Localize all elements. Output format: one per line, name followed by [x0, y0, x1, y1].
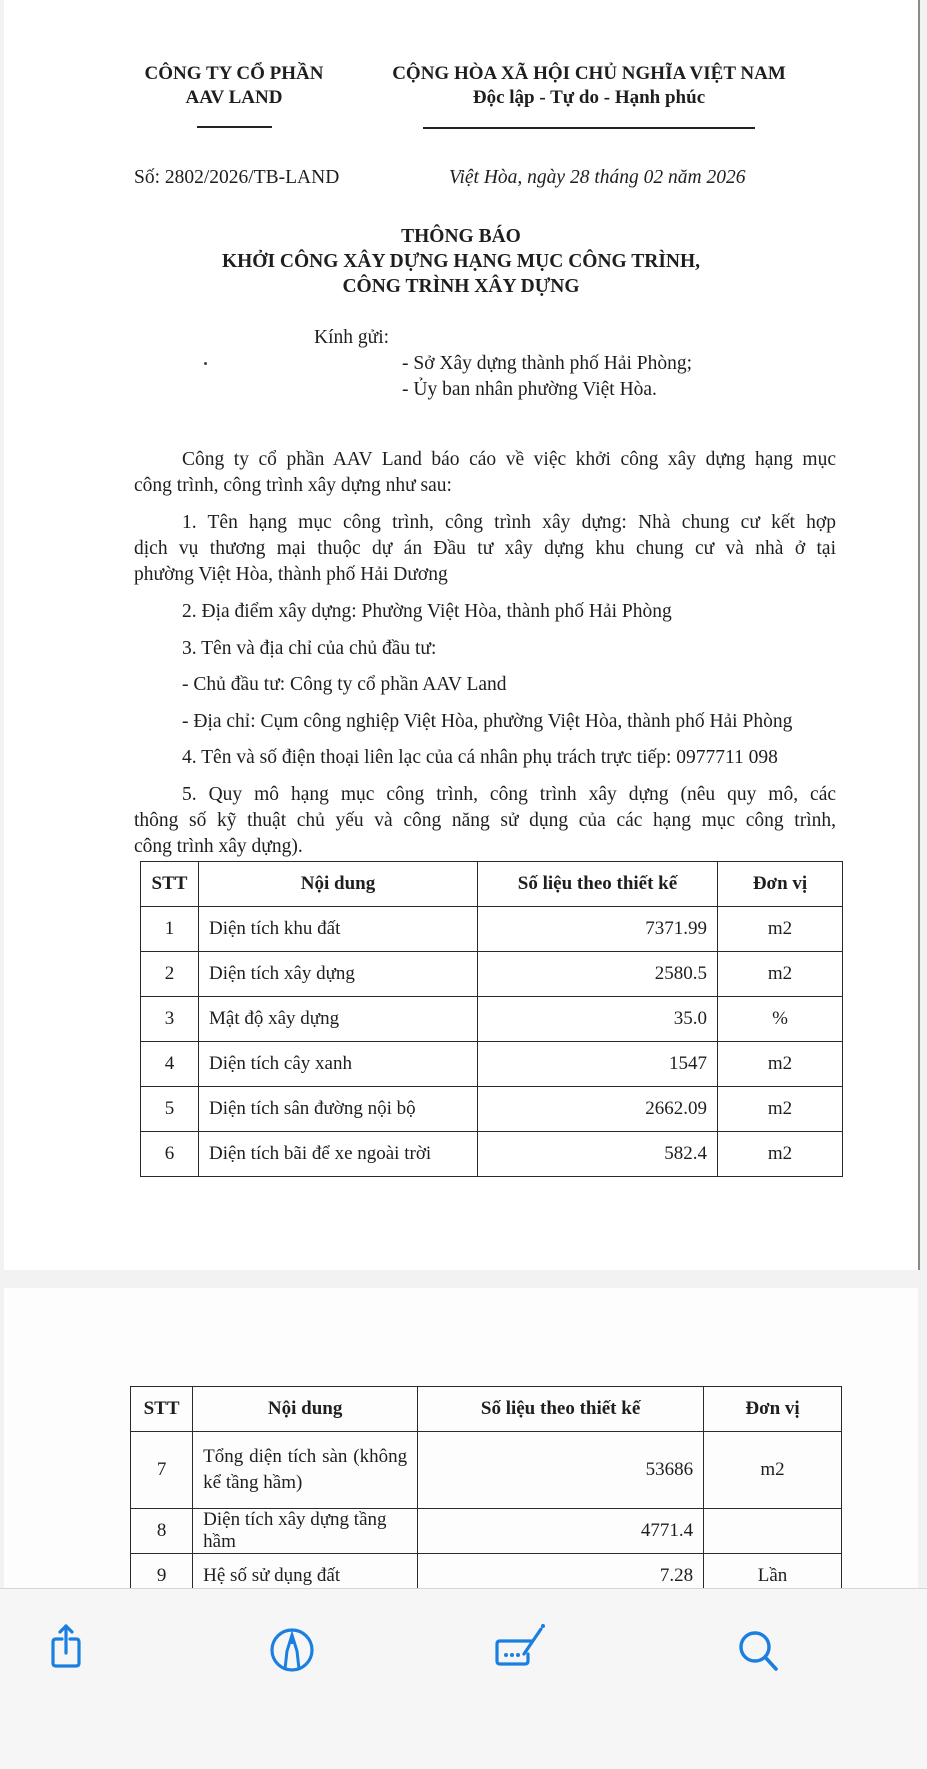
table-row: 8Diện tích xây dựng tầng hầm4771.4 — [131, 1509, 842, 1554]
row-unit — [704, 1509, 842, 1554]
search-button[interactable] — [730, 1617, 786, 1673]
row-value: 2662.09 — [478, 1087, 718, 1132]
stray-dot — [204, 362, 207, 365]
table-row: 1Diện tích khu đất7371.99m2 — [141, 907, 843, 952]
header-value: Số liệu theo thiết kế — [418, 1387, 704, 1432]
row-stt: 7 — [131, 1432, 193, 1509]
row-stt: 1 — [141, 907, 199, 952]
row-stt: 2 — [141, 952, 199, 997]
row-unit: m2 — [704, 1432, 842, 1509]
share-button[interactable] — [42, 1617, 98, 1673]
spec-table-page1: STT Nội dung Số liệu theo thiết kế Đơn v… — [140, 861, 843, 1177]
document-subtitle-line2: CÔNG TRÌNH XÂY DỰNG — [4, 276, 918, 298]
header-stt: STT — [131, 1387, 193, 1432]
table-row: 3Mật độ xây dựng35.0% — [141, 997, 843, 1042]
row-unit: m2 — [718, 1087, 843, 1132]
item1-line3: phường Việt Hòa, thành phố Hải Dương — [134, 562, 448, 588]
row-content: Diện tích xây dựng tầng hầm — [193, 1509, 418, 1554]
viewer-toolbar — [0, 1588, 927, 1769]
document-page-2: STT Nội dung Số liệu theo thiết kế Đơn v… — [4, 1288, 918, 1588]
row-stt: 8 — [131, 1509, 193, 1554]
row-unit: m2 — [718, 907, 843, 952]
row-value: 35.0 — [478, 997, 718, 1042]
row-unit: m2 — [718, 1042, 843, 1087]
row-stt: 6 — [141, 1132, 199, 1177]
place-date: Việt Hòa, ngày 28 tháng 02 năm 2026 — [449, 165, 745, 191]
header-value: Số liệu theo thiết kế — [478, 862, 718, 907]
document-subtitle-line1: KHỞI CÔNG XÂY DỰNG HẠNG MỤC CÔNG TRÌNH, — [4, 251, 918, 273]
row-stt: 3 — [141, 997, 199, 1042]
item4: 4. Tên và số điện thoại liên lạc của cá … — [182, 745, 778, 771]
row-unit: m2 — [718, 952, 843, 997]
row-content: Diện tích khu đất — [199, 907, 478, 952]
table-row: 5Diện tích sân đường nội bộ2662.09m2 — [141, 1087, 843, 1132]
document-title: THÔNG BÁO — [4, 226, 918, 248]
search-icon — [730, 1617, 786, 1673]
company-name-line2: AAV LAND — [134, 87, 334, 109]
row-value: 2580.5 — [478, 952, 718, 997]
row-stt: 5 — [141, 1087, 199, 1132]
item3-address: - Địa chỉ: Cụm công nghiệp Việt Hòa, phư… — [182, 709, 792, 735]
item5-line3: công trình xây dựng). — [134, 834, 303, 860]
header-unit: Đơn vị — [704, 1387, 842, 1432]
row-unit: m2 — [718, 1132, 843, 1177]
row-value: 4771.4 — [418, 1509, 704, 1554]
table-header-row: STT Nội dung Số liệu theo thiết kế Đơn v… — [131, 1387, 842, 1432]
row-content: Diện tích cây xanh — [199, 1042, 478, 1087]
item3-owner: - Chủ đầu tư: Công ty cổ phần AAV Land — [182, 672, 507, 698]
row-content: Mật độ xây dựng — [199, 997, 478, 1042]
signature-button[interactable] — [492, 1617, 556, 1673]
header-content: Nội dung — [199, 862, 478, 907]
company-name-line1: CÔNG TY CỔ PHẦN — [134, 63, 334, 85]
header-unit: Đơn vị — [718, 862, 843, 907]
row-value: 53686 — [418, 1432, 704, 1509]
recipient-item: - Ủy ban nhân phường Việt Hòa. — [402, 377, 657, 403]
national-title: CỘNG HÒA XÃ HỘI CHỦ NGHĨA VIỆT NAM — [364, 63, 814, 85]
document-page-1: CÔNG TY CỔ PHẦN AAV LAND CỘNG HÒA XÃ HỘI… — [4, 0, 920, 1270]
table-header-row: STT Nội dung Số liệu theo thiết kế Đơn v… — [141, 862, 843, 907]
intro-line1: Công ty cổ phần AAV Land báo cáo về việc… — [134, 447, 836, 473]
header-content: Nội dung — [193, 1387, 418, 1432]
row-unit: % — [718, 997, 843, 1042]
item5-line1: 5. Quy mô hạng mục công trình, công trìn… — [134, 782, 836, 808]
row-value: 582.4 — [478, 1132, 718, 1177]
item5-line2: thông số kỹ thuật chủ yếu và công năng s… — [134, 808, 836, 834]
document-number: Số: 2802/2026/TB-LAND — [134, 165, 339, 191]
row-value: 1547 — [478, 1042, 718, 1087]
item3: 3. Tên và địa chỉ của chủ đầu tư: — [182, 636, 436, 662]
item1-line2: dịch vụ thương mại thuộc dự án Đầu tư xâ… — [134, 536, 836, 562]
company-underline — [197, 126, 272, 128]
table-row: 2Diện tích xây dựng2580.5m2 — [141, 952, 843, 997]
row-content: Diện tích bãi để xe ngoài trời — [199, 1132, 478, 1177]
markup-pen-icon — [264, 1617, 320, 1673]
intro-line2: công trình, công trình xây dựng như sau: — [134, 473, 452, 499]
row-value: 7371.99 — [478, 907, 718, 952]
motto-underline — [423, 127, 755, 129]
row-content: Diện tích xây dựng — [199, 952, 478, 997]
recipients-label: Kính gửi: — [314, 325, 389, 351]
signature-icon — [492, 1617, 556, 1673]
row-content: Tổng diện tích sàn (không kể tầng hầm) — [193, 1432, 418, 1509]
national-motto: Độc lập - Tự do - Hạnh phúc — [364, 87, 814, 109]
item1-line1: 1. Tên hạng mục công trình, công trình x… — [134, 510, 836, 536]
row-stt: 4 — [141, 1042, 199, 1087]
spec-table-page2: STT Nội dung Số liệu theo thiết kế Đơn v… — [130, 1386, 842, 1599]
item2: 2. Địa điểm xây dựng: Phường Việt Hòa, t… — [182, 599, 672, 625]
table-row: 7Tổng diện tích sàn (không kể tầng hầm)5… — [131, 1432, 842, 1509]
share-icon — [42, 1617, 98, 1673]
header-stt: STT — [141, 862, 199, 907]
markup-button[interactable] — [264, 1617, 320, 1673]
table-row: 6Diện tích bãi để xe ngoài trời582.4m2 — [141, 1132, 843, 1177]
row-content: Diện tích sân đường nội bộ — [199, 1087, 478, 1132]
table-row: 4Diện tích cây xanh1547m2 — [141, 1042, 843, 1087]
recipient-item: - Sở Xây dựng thành phố Hải Phòng; — [402, 351, 692, 377]
